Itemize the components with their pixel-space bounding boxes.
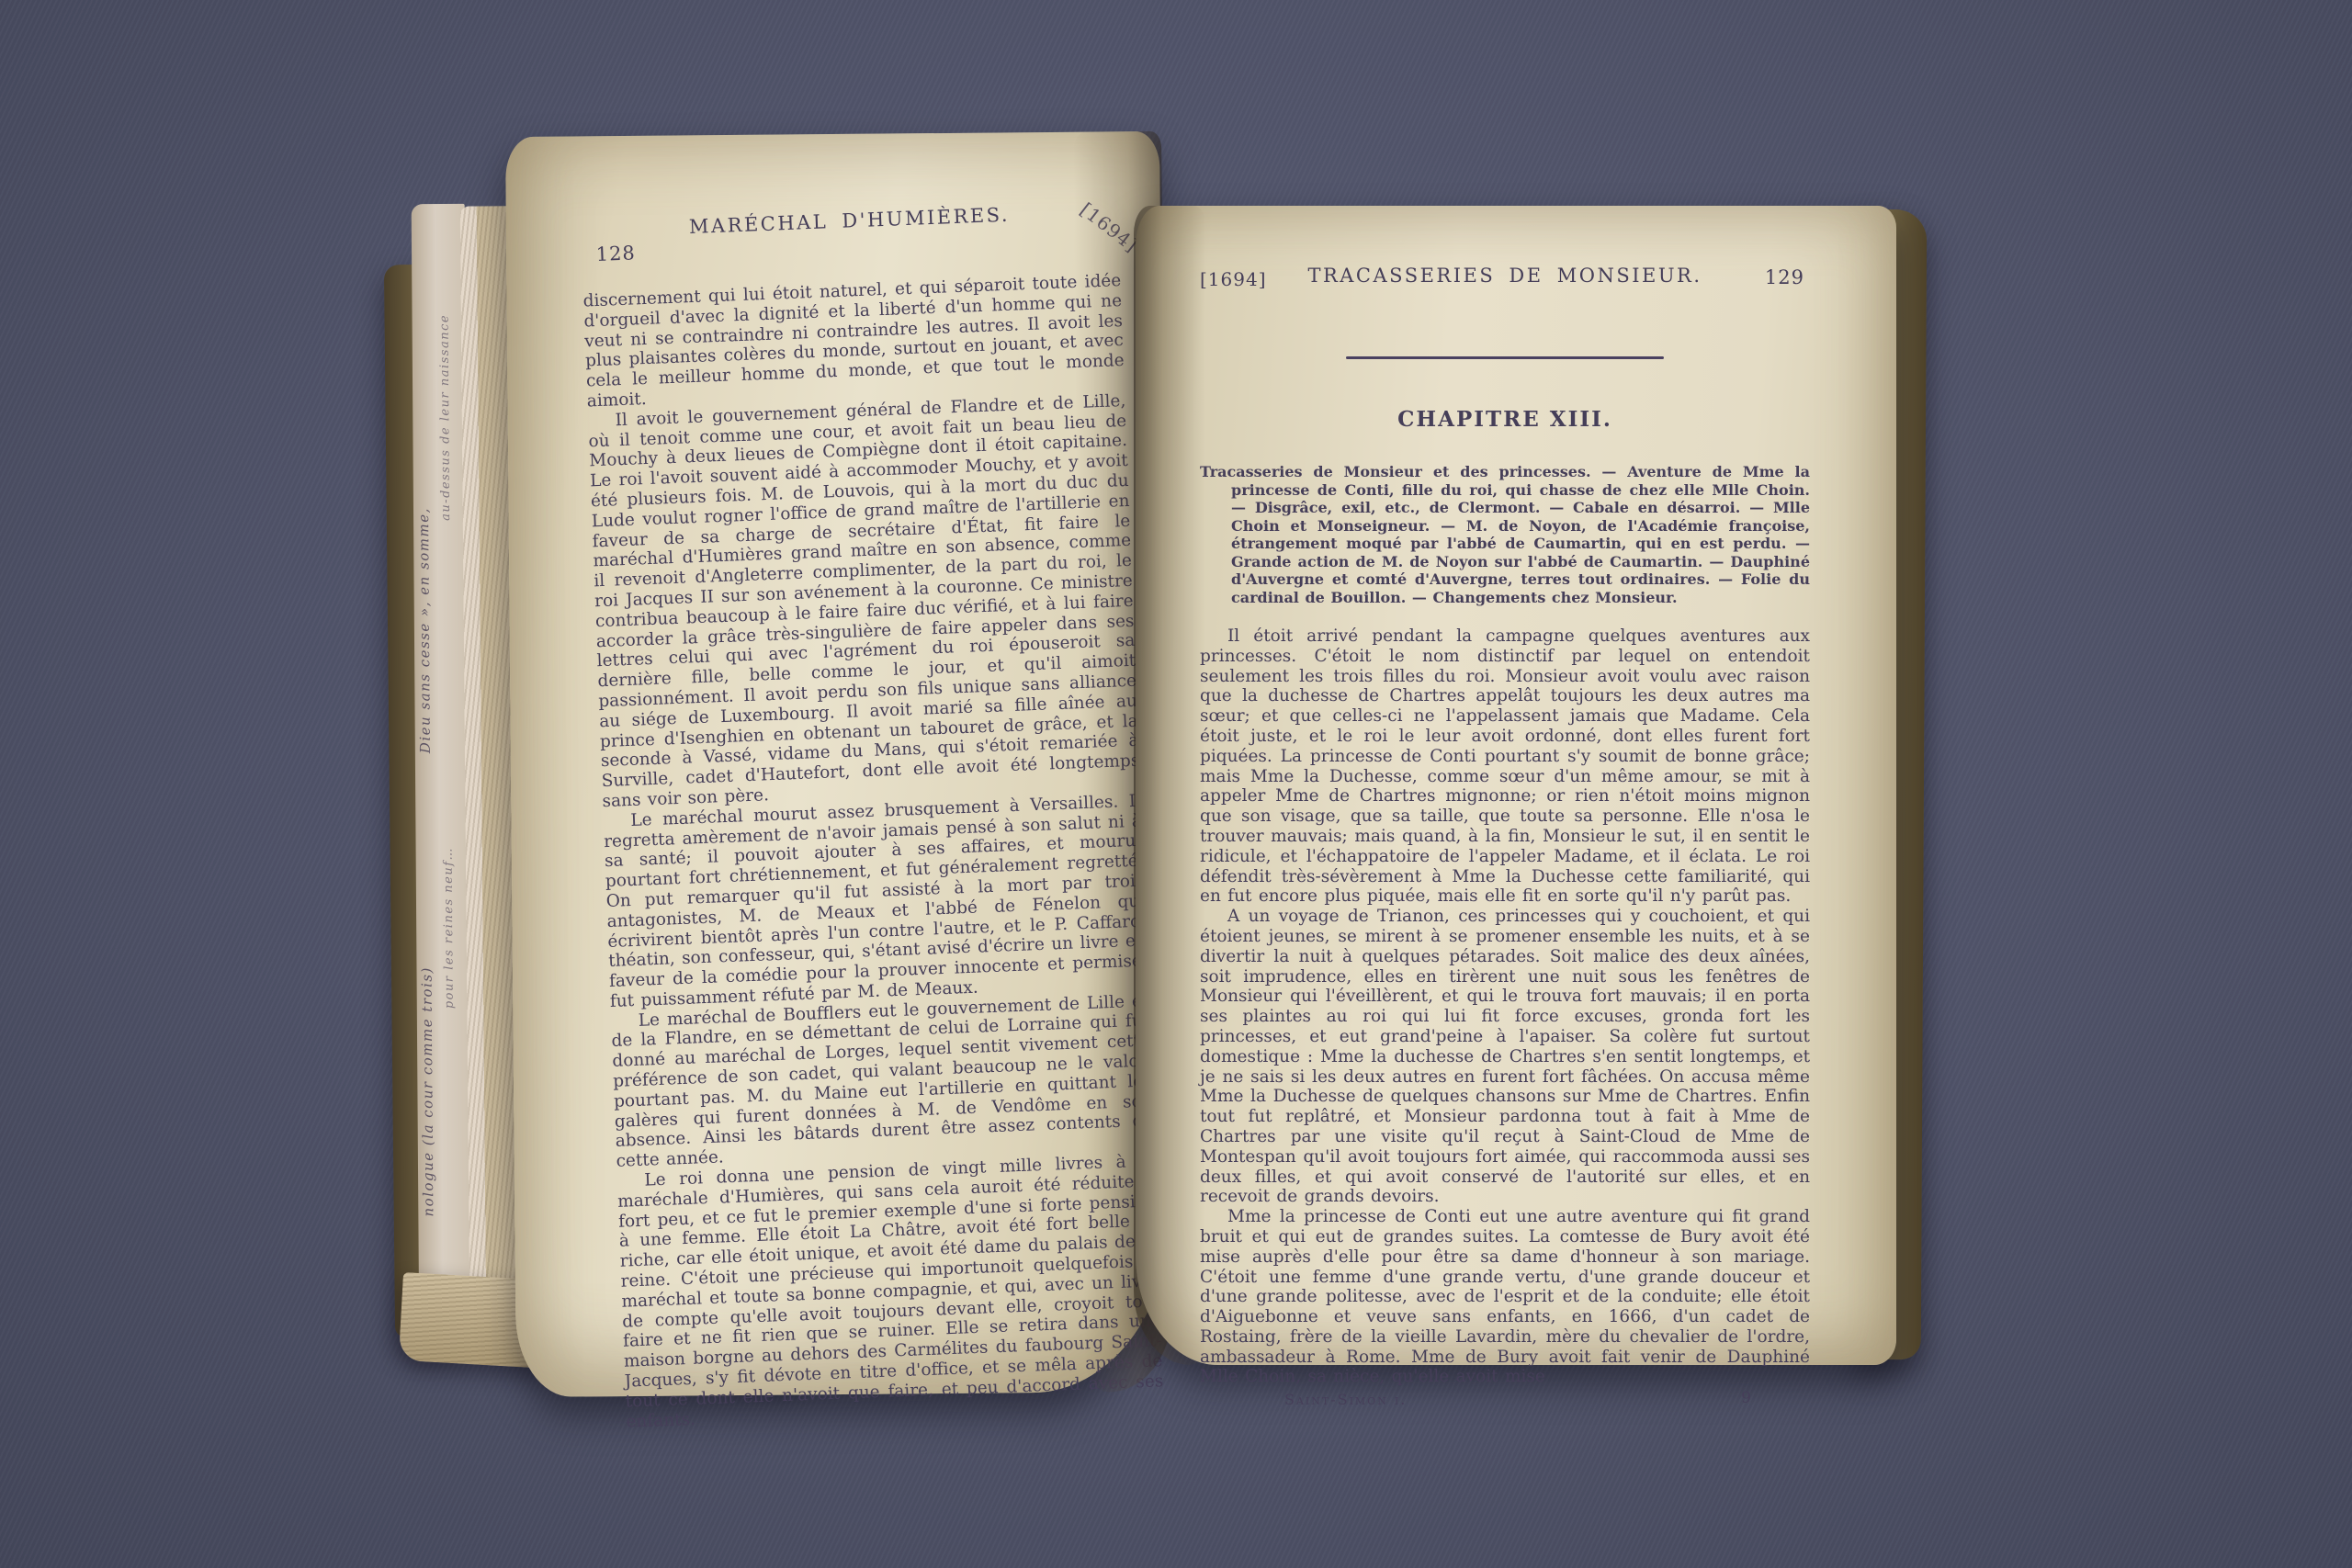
folded-leaf-text-fragment: nologue (la cour comme trois): [418, 966, 436, 1217]
folded-leaf-text-fragment: au-dessus de leur naissance: [438, 314, 454, 521]
folded-leaf-text-fragment: pour les reines neuf…: [442, 847, 457, 1009]
right-running-head: [1694] TRACASSERIES DE MONSIEUR. 129: [1200, 263, 1810, 321]
folded-leaf-text-fragment: Dieu sans cesse », en somme,: [415, 507, 434, 753]
right-running-title: TRACASSERIES DE MONSIEUR.: [1227, 265, 1782, 287]
left-page-content: 128 MARÉCHAL D'HUMIÈRES. [1694] discerne…: [580, 199, 1164, 1432]
chapter-rule: [1346, 356, 1664, 359]
right-page-number: 129: [1765, 266, 1804, 288]
left-page-number: 128: [595, 242, 636, 265]
left-running-title: MARÉCHAL D'HUMIÈRES.: [580, 199, 1118, 242]
right-page-footer: Saint-Simon i. 9: [1200, 1391, 1810, 1418]
right-body-text: Il étoit arrivé pendant la campagne quel…: [1200, 626, 1810, 1387]
paragraph: Le maréchal mourut assez brusquement à V…: [603, 791, 1148, 1011]
paragraph: discernement qui lui étoit naturel, et q…: [582, 271, 1125, 412]
paragraph: A un voyage de Trianon, ces princesses q…: [1200, 907, 1810, 1207]
paragraph: Le roi donna une pension de vingt mille …: [616, 1151, 1164, 1432]
paragraph: Le maréchal de Boufflers eut le gouverne…: [610, 991, 1154, 1172]
book-page-right: [1694] TRACASSERIES DE MONSIEUR. 129 CHA…: [1136, 206, 1896, 1365]
paragraph: Il étoit arrivé pendant la campagne quel…: [1200, 626, 1810, 907]
printer-signature-mark: 9: [1741, 1389, 1751, 1407]
chapter-summary: Tracasseries de Monsieur et des princess…: [1200, 463, 1810, 606]
left-running-head: 128 MARÉCHAL D'HUMIÈRES. [1694]: [580, 199, 1120, 278]
book-page-left: 128 MARÉCHAL D'HUMIÈRES. [1694] discerne…: [505, 131, 1170, 1397]
paragraph: Il avoit le gouvernement général de Flan…: [587, 391, 1140, 812]
photo-backdrop: Dieu sans cesse », en somme, nologue (la…: [0, 0, 2352, 1568]
paragraph: Mme la princesse de Conti eut une autre …: [1200, 1207, 1810, 1387]
chapter-heading: CHAPITRE XIII.: [1200, 407, 1810, 432]
left-body-text: discernement qui lui étoit naturel, et q…: [582, 271, 1164, 1432]
volume-signature: Saint-Simon i.: [1284, 1391, 1407, 1408]
right-page-content: [1694] TRACASSERIES DE MONSIEUR. 129 CHA…: [1200, 263, 1810, 1418]
